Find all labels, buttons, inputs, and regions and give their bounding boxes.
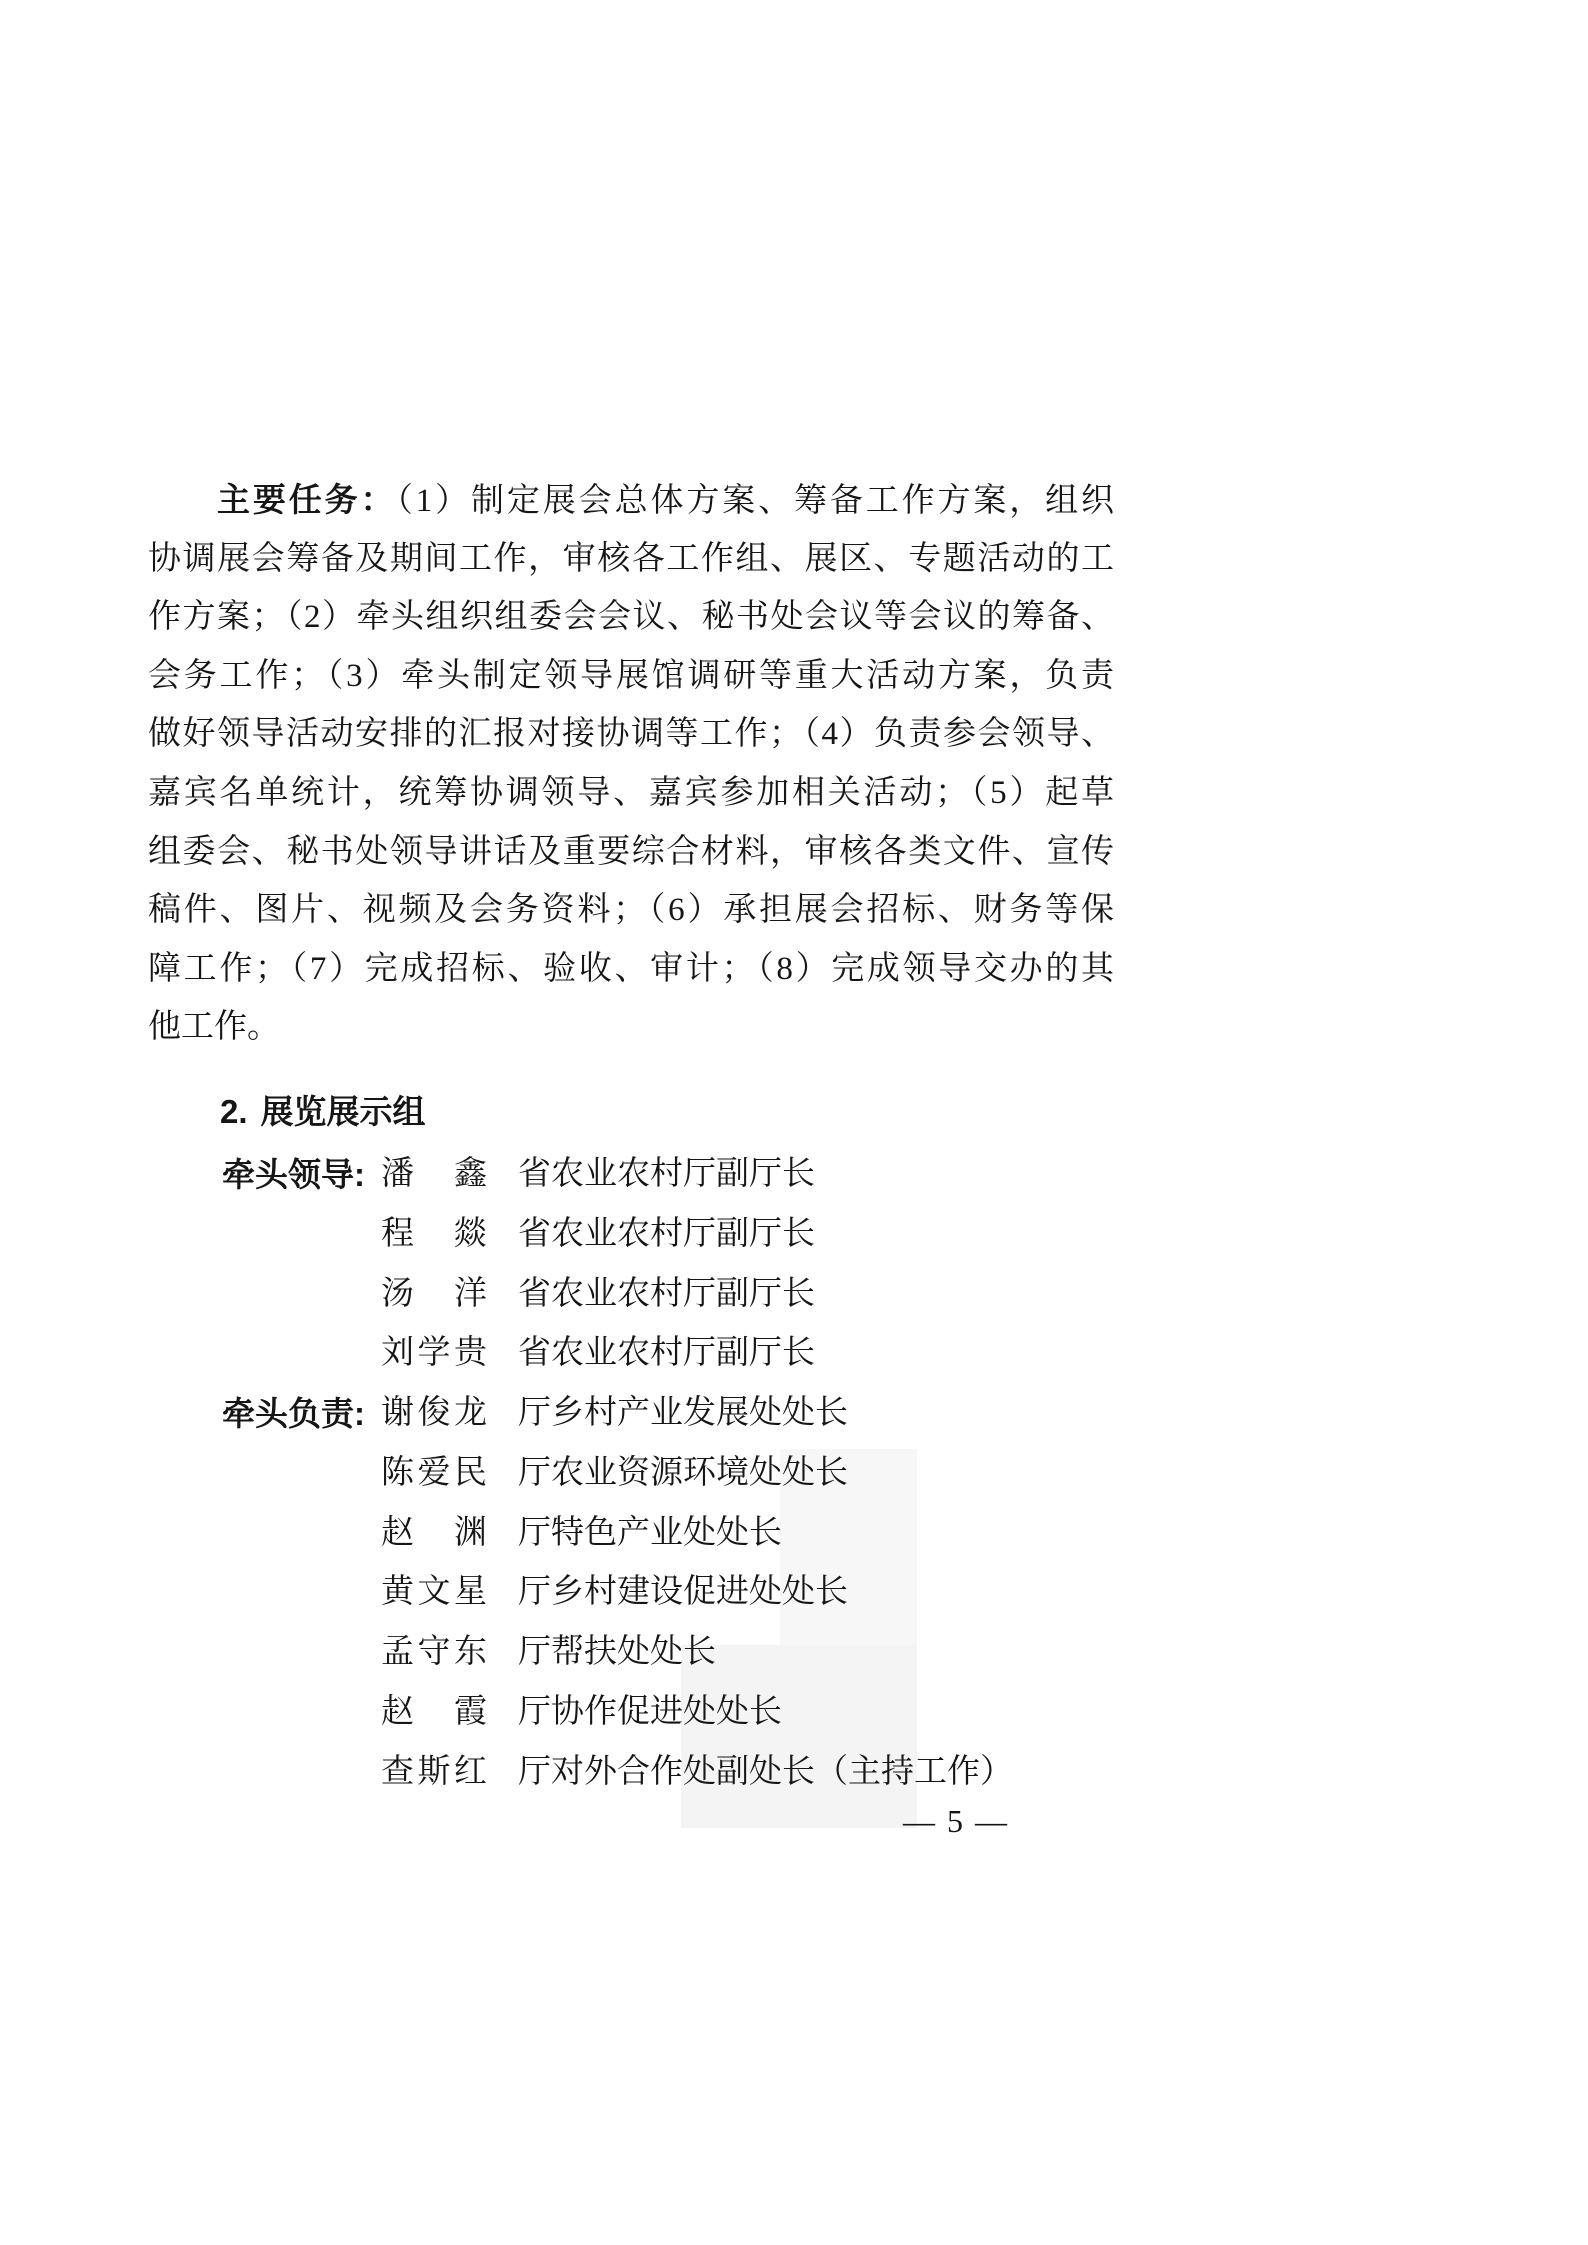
paragraph-line: 障工作；（7）完成招标、验收、审计；（8）完成领导交办的其 <box>148 940 1114 999</box>
roster-row: 陈爱民 厅农业资源环境处处长 <box>148 1444 1248 1504</box>
person-post: 厅乡村建设促进处处长 <box>518 1563 848 1623</box>
person-name: 陈爱民 <box>381 1444 487 1504</box>
person-post: 厅对外合作处副处长（主持工作） <box>518 1743 1013 1803</box>
person-post: 省农业农村厅副厅长 <box>518 1324 815 1384</box>
roster-row-label <box>222 1265 381 1325</box>
person-name: 程燚 <box>381 1205 487 1265</box>
person-name: 赵渊 <box>381 1504 487 1564</box>
page-number: — 5 — <box>898 1798 1014 1844</box>
roster-row: 孟守东 厅帮扶处处长 <box>148 1623 1248 1683</box>
roster-row-label <box>222 1205 381 1265</box>
roster-row-label <box>222 1324 381 1384</box>
paragraph-lead-label: 主要任务： <box>217 481 396 518</box>
person-post: 厅特色产业处处长 <box>518 1504 782 1564</box>
roster-row-label <box>222 1683 381 1743</box>
person-post: 省农业农村厅副厅长 <box>518 1205 815 1265</box>
roster-row-label <box>222 1623 381 1683</box>
roster-row-label <box>222 1563 381 1623</box>
section-heading: 2.展览展示组 <box>220 1082 426 1141</box>
roster: 牵头领导: 潘鑫 省农业农村厅副厅长 程燚 省农业农村厅副厅长 汤洋 省农业农村… <box>148 1145 1248 1802</box>
person-name: 汤洋 <box>381 1265 487 1325</box>
paragraph-line: 嘉宾名单统计，统筹协调领导、嘉宾参加相关活动；（5）起草 <box>148 764 1114 823</box>
roster-row: 程燚 省农业农村厅副厅长 <box>148 1205 1248 1265</box>
roster-row: 牵头领导: 潘鑫 省农业农村厅副厅长 <box>148 1145 1248 1205</box>
paragraph-line: 他工作。 <box>148 998 1114 1057</box>
person-post: 厅农业资源环境处处长 <box>518 1444 848 1504</box>
section-title: 展览展示组 <box>261 1093 426 1130</box>
person-name: 潘鑫 <box>381 1145 487 1205</box>
roster-row: 赵渊 厅特色产业处处长 <box>148 1504 1248 1564</box>
roster-row-label <box>222 1504 381 1564</box>
person-name: 孟守东 <box>381 1623 487 1683</box>
roster-row: 查斯红 厅对外合作处副处长（主持工作） <box>148 1743 1248 1803</box>
section-number: 2. <box>220 1093 248 1130</box>
roster-row-label <box>222 1444 381 1504</box>
person-post: 省农业农村厅副厅长 <box>518 1145 815 1205</box>
person-post: 省农业农村厅副厅长 <box>518 1265 815 1325</box>
paragraph-text: （1）制定展会总体方案、筹备工作方案，组织 <box>396 483 1114 519</box>
roster-row: 黄文星 厅乡村建设促进处处长 <box>148 1563 1248 1623</box>
person-name: 刘学贵 <box>381 1324 487 1384</box>
roster-row-label <box>222 1743 381 1803</box>
person-name: 黄文星 <box>381 1563 487 1623</box>
roster-row: 刘学贵 省农业农村厅副厅长 <box>148 1324 1248 1384</box>
person-name: 谢俊龙 <box>381 1384 487 1444</box>
person-post: 厅协作促进处处长 <box>518 1683 782 1743</box>
roster-row-label: 牵头领导: <box>222 1145 381 1205</box>
paragraph-line: 作方案；（2）牵头组织组委会会议、秘书处会议等会议的筹备、 <box>148 588 1114 647</box>
roster-row: 牵头负责: 谢俊龙 厅乡村产业发展处处长 <box>148 1384 1248 1444</box>
person-post: 厅乡村产业发展处处长 <box>518 1384 848 1444</box>
paragraph-line: 稿件、图片、视频及会务资料；（6）承担展会招标、财务等保 <box>148 881 1114 940</box>
person-name: 查斯红 <box>381 1743 487 1803</box>
paragraph-line: 会务工作；（3）牵头制定领导展馆调研等重大活动方案，负责 <box>148 647 1114 706</box>
person-post: 厅帮扶处处长 <box>518 1623 716 1683</box>
paragraph-line: 做好领导活动安排的汇报对接协调等工作；（4）负责参会领导、 <box>148 705 1114 764</box>
roster-row: 赵霞 厅协作促进处处长 <box>148 1683 1248 1743</box>
document-page: 主要任务：（1）制定展会总体方案、筹备工作方案，组织 协调展会筹备及期间工作，审… <box>0 0 1588 2245</box>
person-name: 赵霞 <box>381 1683 487 1743</box>
roster-row-label: 牵头负责: <box>222 1384 381 1444</box>
paragraph-line: 组委会、秘书处领导讲话及重要综合材料，审核各类文件、宣传 <box>148 823 1114 882</box>
paragraph-line: 主要任务：（1）制定展会总体方案、筹备工作方案，组织 <box>148 471 1114 530</box>
roster-row: 汤洋 省农业农村厅副厅长 <box>148 1265 1248 1325</box>
paragraph-line: 协调展会筹备及期间工作，审核各工作组、展区、专题活动的工 <box>148 530 1114 589</box>
main-paragraph: 主要任务：（1）制定展会总体方案、筹备工作方案，组织 协调展会筹备及期间工作，审… <box>148 471 1114 1057</box>
